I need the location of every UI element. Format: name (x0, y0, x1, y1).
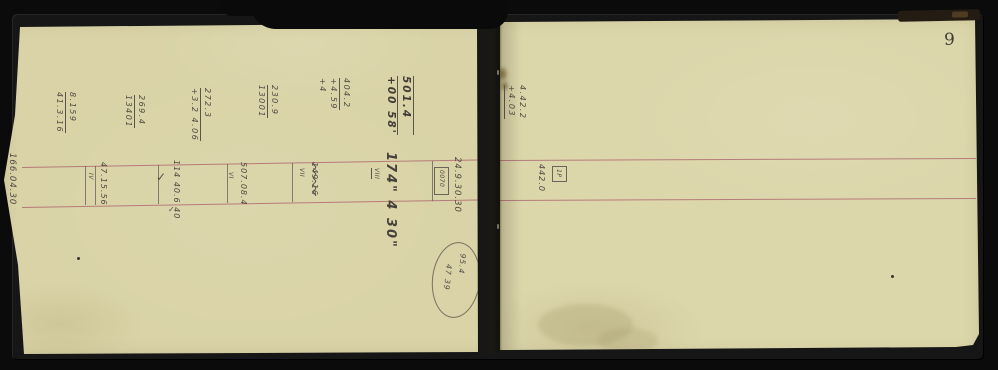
binding-stitch (497, 70, 499, 75)
sum-group-4: 230.9 13001 (256, 85, 280, 118)
band-entry: 24.9.30.30 (452, 157, 462, 213)
left-ruled-line-top (22, 159, 498, 168)
band-label-iv: IV (87, 173, 94, 180)
band-label-vii: VII (298, 168, 305, 177)
right-page: 9 4.42.2 +4.03 442.0 1P (498, 16, 982, 356)
sum-line: +3.2 4.06 (189, 88, 200, 141)
sum-group-6-total: 501.4 +00 58' (384, 76, 414, 135)
band-entry: 442.0 (537, 164, 546, 192)
sum-line: 13001 (256, 85, 267, 118)
ink-speck (77, 257, 80, 260)
band-entry-large: 174" 4 30" (383, 152, 398, 249)
sum-group-2: 269.4 13401 (123, 95, 147, 128)
ink-speck (891, 275, 894, 278)
band-divider (292, 163, 293, 202)
check-mark-small: ✓ (168, 205, 175, 214)
cover-flap-corner (222, 0, 262, 16)
left-ruled-line-bottom (22, 199, 498, 208)
sum-line: +4 (317, 78, 328, 110)
oval-text: 95.4 (457, 253, 468, 275)
band-divider (85, 166, 86, 205)
right-ruled-line-top (500, 158, 976, 161)
oval-text: 47 39 (442, 264, 454, 291)
band-entry: 47.15.56 (99, 162, 108, 206)
band-label-vi: VI (227, 172, 234, 179)
worn-fleck (952, 11, 968, 17)
cover-flap (250, 0, 508, 29)
band-label-viii: VIII (371, 168, 380, 179)
band-entry: 166.04.30 (7, 153, 17, 205)
band-divider (432, 161, 433, 201)
gutter-shadow-left (476, 20, 496, 354)
sum-line: +00 58' (384, 76, 397, 135)
band-entry: 507.08.4 (239, 162, 248, 206)
right-ruled-line-bottom (500, 198, 976, 201)
sum-line: 404.2 (339, 78, 352, 110)
worn-cover-edge (898, 9, 980, 22)
sum-line: +4.59 (328, 78, 339, 110)
band-divider (95, 166, 96, 205)
sum-line: 230.9 (267, 85, 280, 118)
band-entry-crossed-out: 149.16 (310, 162, 319, 196)
scanned-notebook-photo: 8.159 41.3.16 269.4 13401 272.3 +3.2 4.0… (0, 0, 998, 370)
sum-line: 269.4 (134, 95, 147, 128)
band-note-box-text: 0070 (438, 170, 445, 187)
gutter-shadow-right (500, 18, 522, 352)
sum-group-3: 272.3 +3.2 4.06 (189, 88, 213, 141)
printed-page-number: 9 (944, 30, 955, 50)
sum-line: 501.4 (397, 76, 414, 135)
sum-line: 8.159 (65, 92, 78, 133)
sum-group-1: 8.159 41.3.16 (54, 92, 78, 133)
band-note-box: 1P (552, 166, 567, 182)
sum-group-5: 404.2 +4.59 +4 (317, 78, 352, 110)
sum-line: 41.3.16 (54, 92, 65, 133)
check-mark: ✓ (156, 170, 166, 184)
sum-line: 272.3 (200, 88, 213, 141)
band-note-box: 0070 (434, 167, 449, 195)
band-divider (227, 164, 228, 203)
sum-line: 13401 (123, 95, 134, 128)
left-page: 8.159 41.3.16 269.4 13401 272.3 +3.2 4.0… (0, 18, 498, 358)
band-note-box-text: 1P (555, 169, 562, 177)
binding-stitch (497, 224, 499, 229)
